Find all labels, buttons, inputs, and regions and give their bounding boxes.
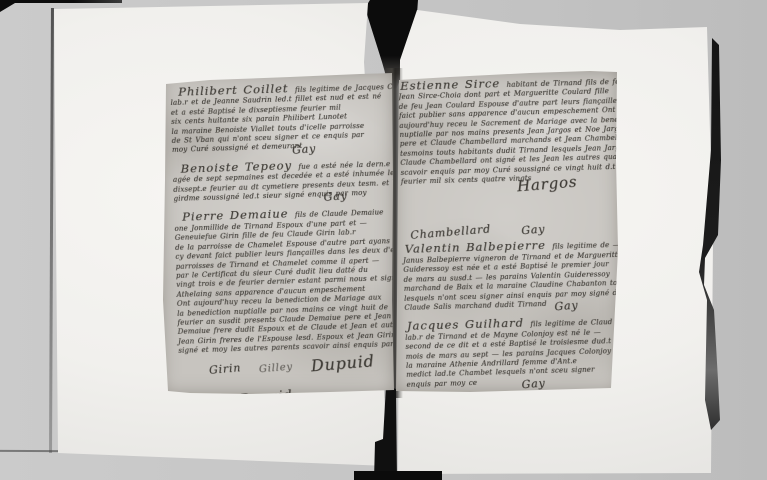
left-page-edge-shadow [49,8,54,453]
scan-corner-artifact [0,0,20,12]
signature-row: Gay [292,140,394,156]
register-entry: Pierre Demaiue fils de Claude Demaiueone… [174,204,402,407]
signature: Girin [208,361,241,377]
gutter-shadow-bottom-bar [354,471,442,480]
signature: Gay [521,377,546,392]
register-entry: Estienne Sirce habitant de Tirnand fils … [398,74,620,240]
manuscript-text-left: Philibert Coillet fils legitime de Jacqu… [170,79,402,407]
manuscript-leaf-left: Philibert Coillet fils legitime de Jacqu… [160,70,396,396]
register-entry: Philibert Coillet fils legitime de Jacqu… [170,79,394,160]
scan-edge-artifact-bottom-left [0,450,58,452]
register-entry: Jacques Guilhard fils legitime de Claud … [405,314,625,394]
register-entry: Valentin Balbepierre fils legitime de —J… [403,237,623,317]
signature: Gay [521,223,546,238]
manuscript-line-text: fils legitime de — [549,241,620,251]
signature-row: Gay [554,298,622,313]
signature: Gilley [259,361,294,375]
signature: Gay [292,142,317,157]
signature: Gay [554,299,579,314]
signature: Hargos [516,173,578,196]
signature: Dupuid [310,351,375,375]
manuscript-line-text: fils de Claude Demaiue [291,209,383,220]
register-entry: Benoiste Tepeoy fue a esté née la dern.e… [172,156,395,209]
manuscript-leaf-right: Estienne Sirce habitant de Tirnand fils … [393,68,621,394]
book-scan: Philibert Coillet fils legitime de Jacqu… [0,0,767,480]
signature: Gay [323,189,348,204]
